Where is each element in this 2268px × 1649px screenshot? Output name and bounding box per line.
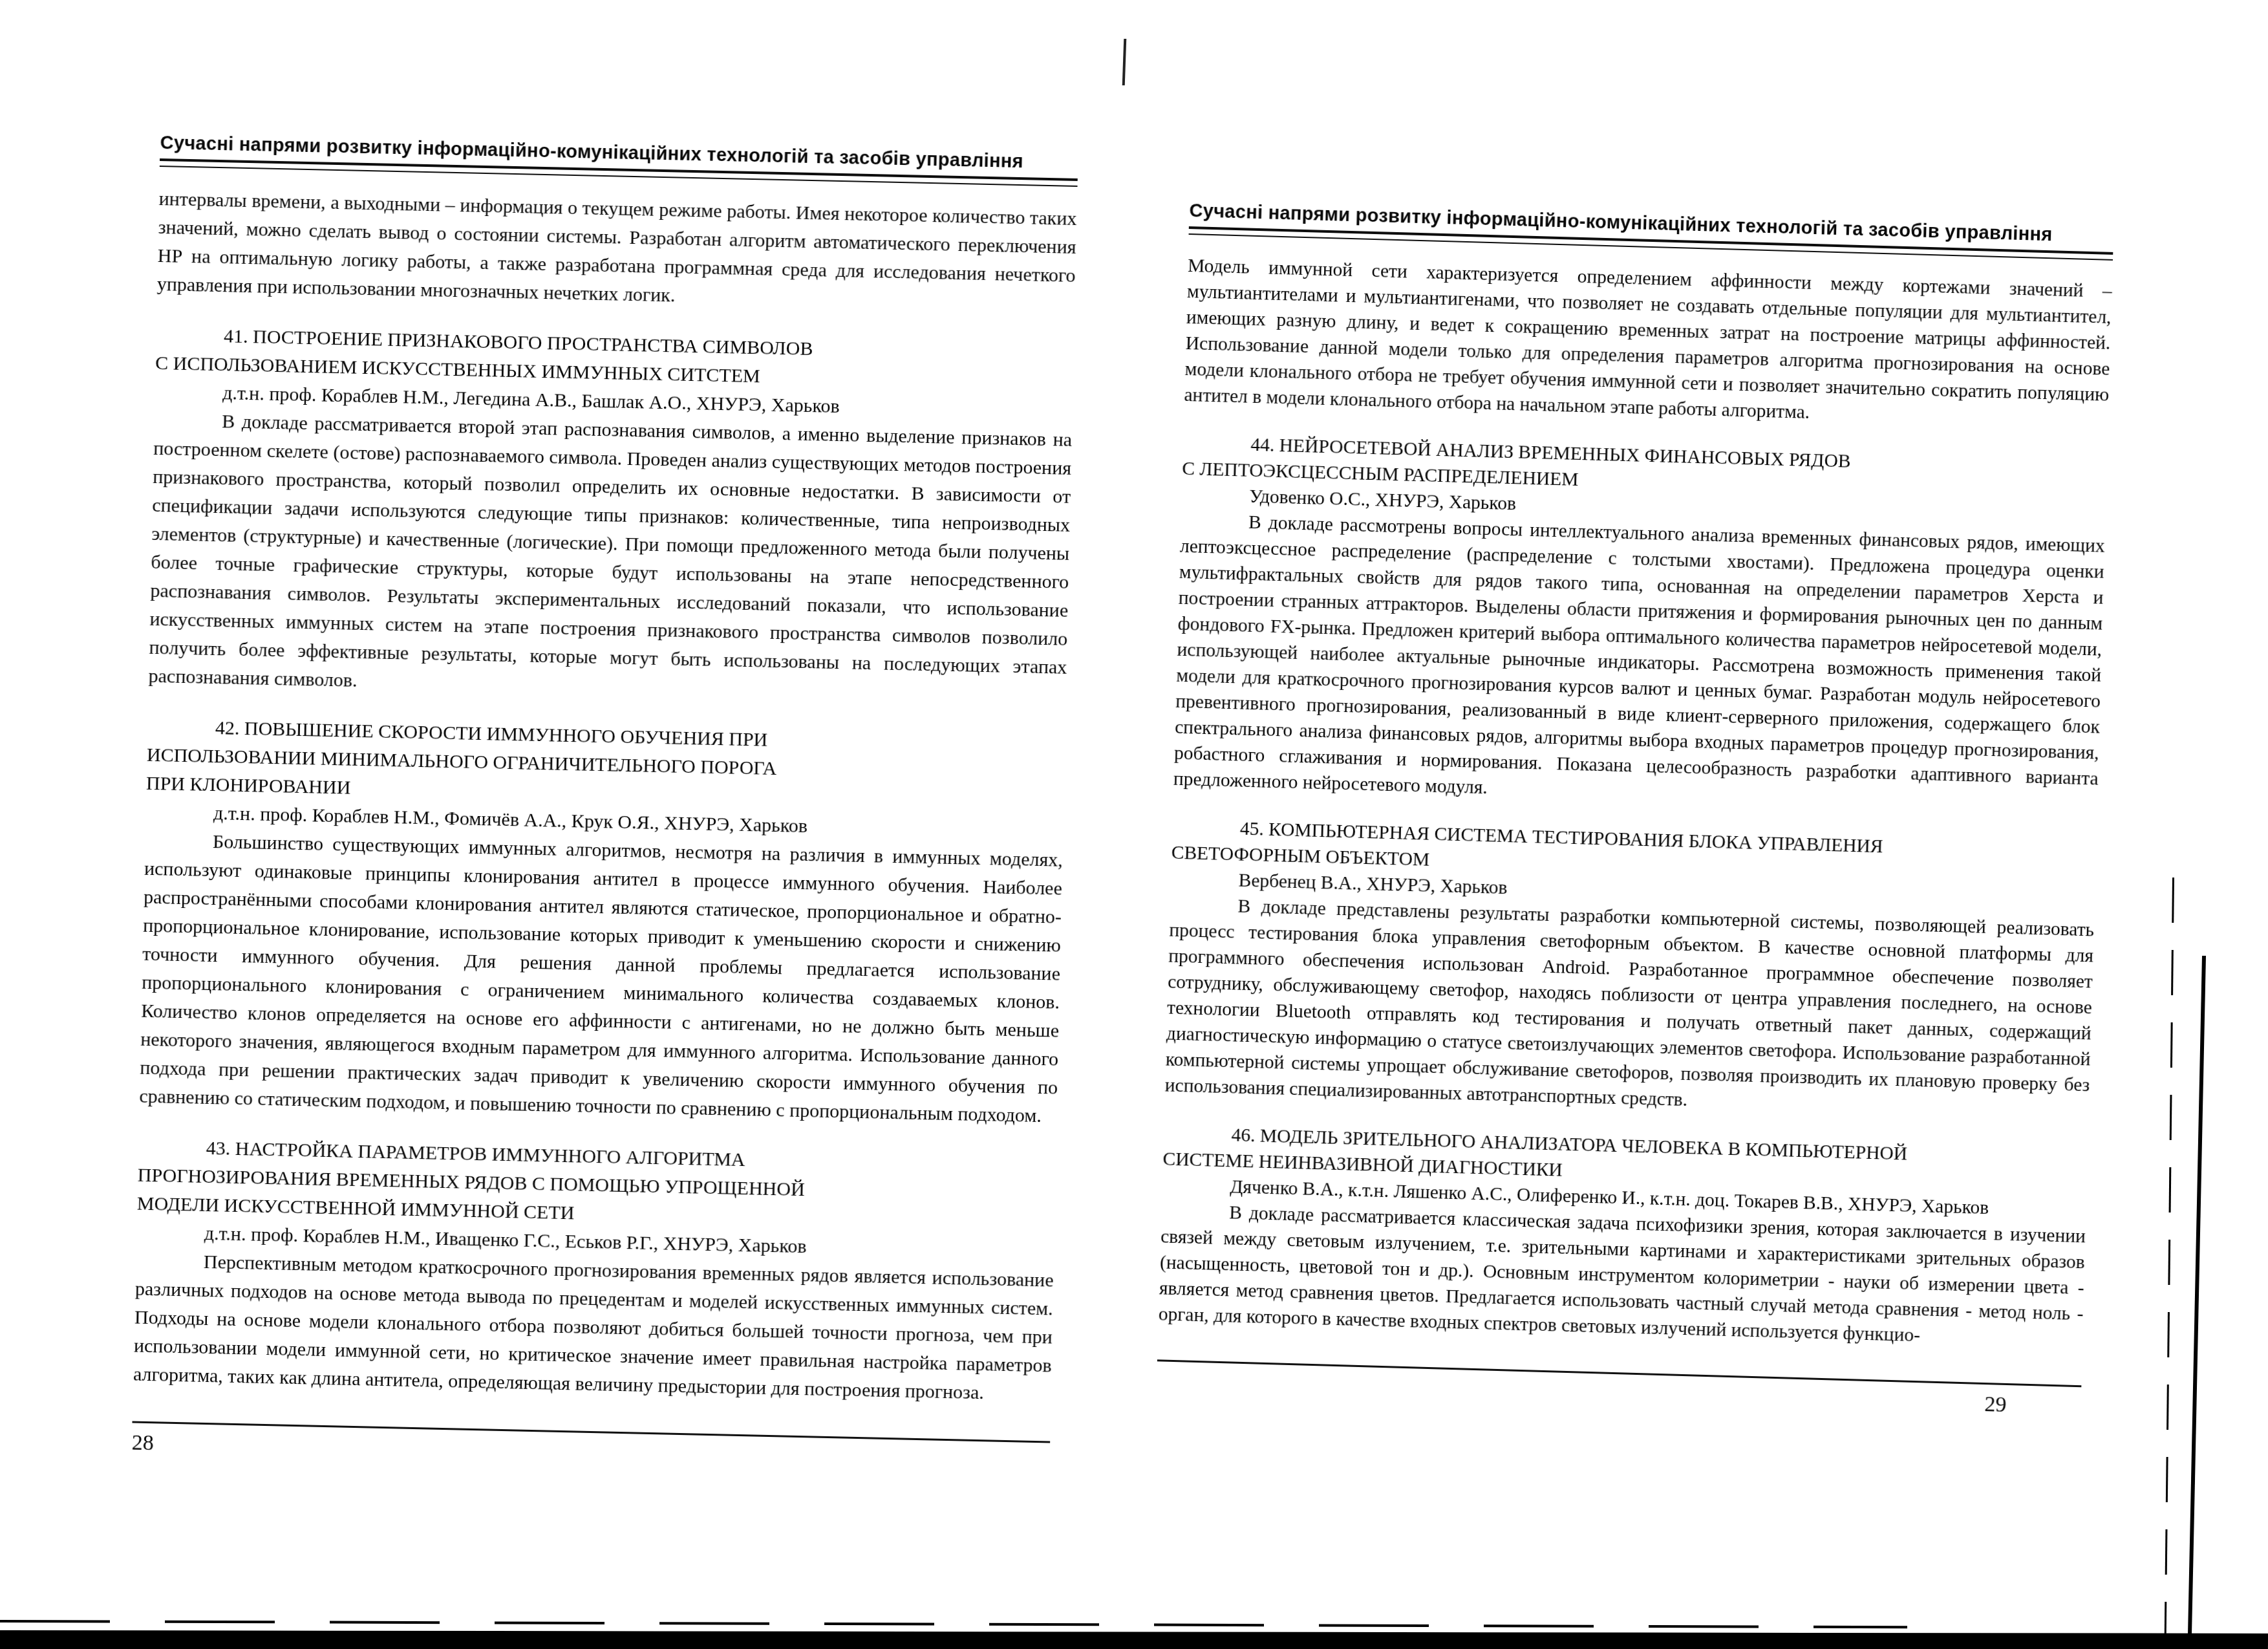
scan-artifact-bottom-dashed-line xyxy=(0,1620,1907,1628)
section-44-abstract: В докладе рассмотрены вопросы интеллекту… xyxy=(1173,508,2105,818)
scan-artifact-gutter-tick xyxy=(1122,39,1127,85)
page-number: 29 xyxy=(1156,1369,2081,1419)
left-page-content: Сучасні напрями розвитку інформаційно-ко… xyxy=(131,133,1078,1475)
section-43-abstract: Перспективным методом краткосрочного про… xyxy=(133,1247,1054,1409)
continuation-paragraph: Модель иммунной сети характеризуется опр… xyxy=(1184,253,2112,434)
scanned-proceedings-spread: { "left_page": { "header": "Сучасні напр… xyxy=(0,0,2268,1649)
section-45-abstract: В докладе представлены результаты разраб… xyxy=(1164,892,2094,1125)
continuation-paragraph: интервалы времени, а выходными – информа… xyxy=(156,185,1077,319)
right-page: Сучасні напрями розвитку інформаційно-ко… xyxy=(1156,200,2113,1419)
left-page: Сучасні напрями розвитку інформаційно-ко… xyxy=(131,133,1078,1475)
section-42-abstract: Большинство существующих иммунных алгори… xyxy=(139,826,1063,1131)
scan-artifact-page-edge-line-thin xyxy=(2165,878,2174,1648)
running-header: Сучасні напрями розвитку інформаційно-ко… xyxy=(160,133,1078,181)
scan-artifact-page-edge-line-thick xyxy=(2187,956,2206,1649)
section-46-abstract: В докладе рассматривается классическая з… xyxy=(1158,1198,2086,1353)
section-41-abstract: В докладе рассматривается второй этап ра… xyxy=(148,406,1072,711)
scan-artifact-bottom-black-bar xyxy=(0,1630,2268,1649)
right-page-content: Сучасні напрями розвитку інформаційно-ко… xyxy=(1156,200,2113,1419)
